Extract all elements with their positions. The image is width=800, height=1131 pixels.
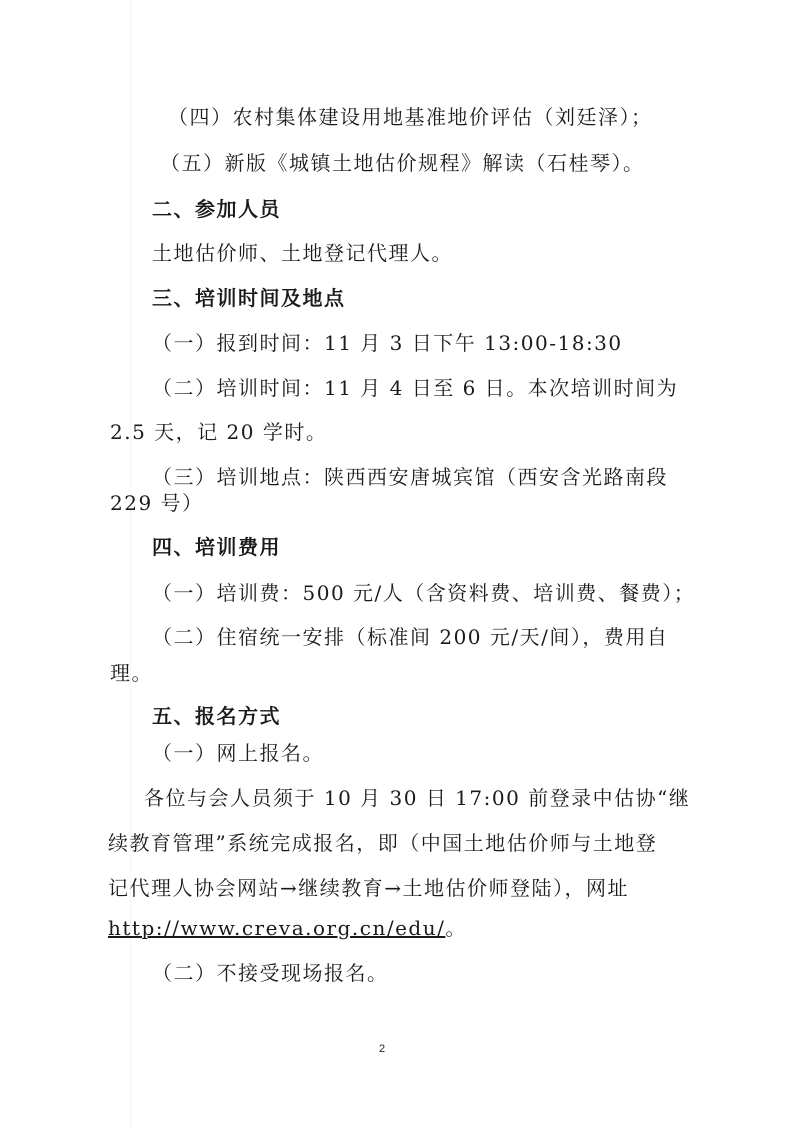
heading-participants: 二、参加人员 xyxy=(152,196,281,222)
heading-time-location: 三、培训时间及地点 xyxy=(152,285,346,311)
item-rural-land-valuation: （四）农村集体建设用地基准地价评估（刘廷泽）； xyxy=(168,104,653,130)
registration-url-line: http://www.creva.org.cn/edu/。 xyxy=(108,915,467,941)
scan-edge xyxy=(130,0,131,1131)
training-location-continuation: 229 号） xyxy=(110,490,204,516)
training-time-continuation: 2.5 天，记 20 学时。 xyxy=(110,419,327,445)
item-new-regulation: （五）新版《城镇土地估价规程》解读（石桂琴）。 xyxy=(160,150,645,176)
heading-registration: 五、报名方式 xyxy=(152,703,281,729)
item-training-location: （三）培训地点：陕西西安唐城宾馆（西安含光路南段 xyxy=(152,464,668,490)
url-suffix: 。 xyxy=(445,916,467,940)
item-checkin-time: （一）报到时间：11 月 3 日下午 13:00-18:30 xyxy=(152,330,623,356)
item-training-fee: （一）培训费：500 元/人（含资料费、培训费、餐费）； xyxy=(152,580,695,606)
registration-instructions: 各位与会人员须于 10 月 30 日 17:00 前登录中估协“继 xyxy=(144,785,690,811)
heading-fees: 四、培训费用 xyxy=(152,534,281,560)
participants-text: 土地估价师、土地登记代理人。 xyxy=(152,240,453,266)
page-number: 2 xyxy=(379,1043,385,1055)
registration-instructions-2: 续教育管理”系统完成报名，即（中国土地估价师与土地登 xyxy=(108,830,657,856)
registration-instructions-3: 记代理人协会网站→继续教育→土地估价师登陆），网址 xyxy=(108,875,629,901)
item-training-time: （二）培训时间：11 月 4 日至 6 日。本次培训时间为 xyxy=(152,375,678,401)
accommodation-continuation: 理。 xyxy=(110,660,153,686)
item-no-onsite-registration: （二）不接受现场报名。 xyxy=(152,960,389,986)
item-online-registration: （一）网上报名。 xyxy=(152,740,324,766)
item-accommodation: （二）住宿统一安排（标准间 200 元/天/间），费用自 xyxy=(152,624,668,650)
registration-url-link[interactable]: http://www.creva.org.cn/edu/ xyxy=(108,916,445,940)
